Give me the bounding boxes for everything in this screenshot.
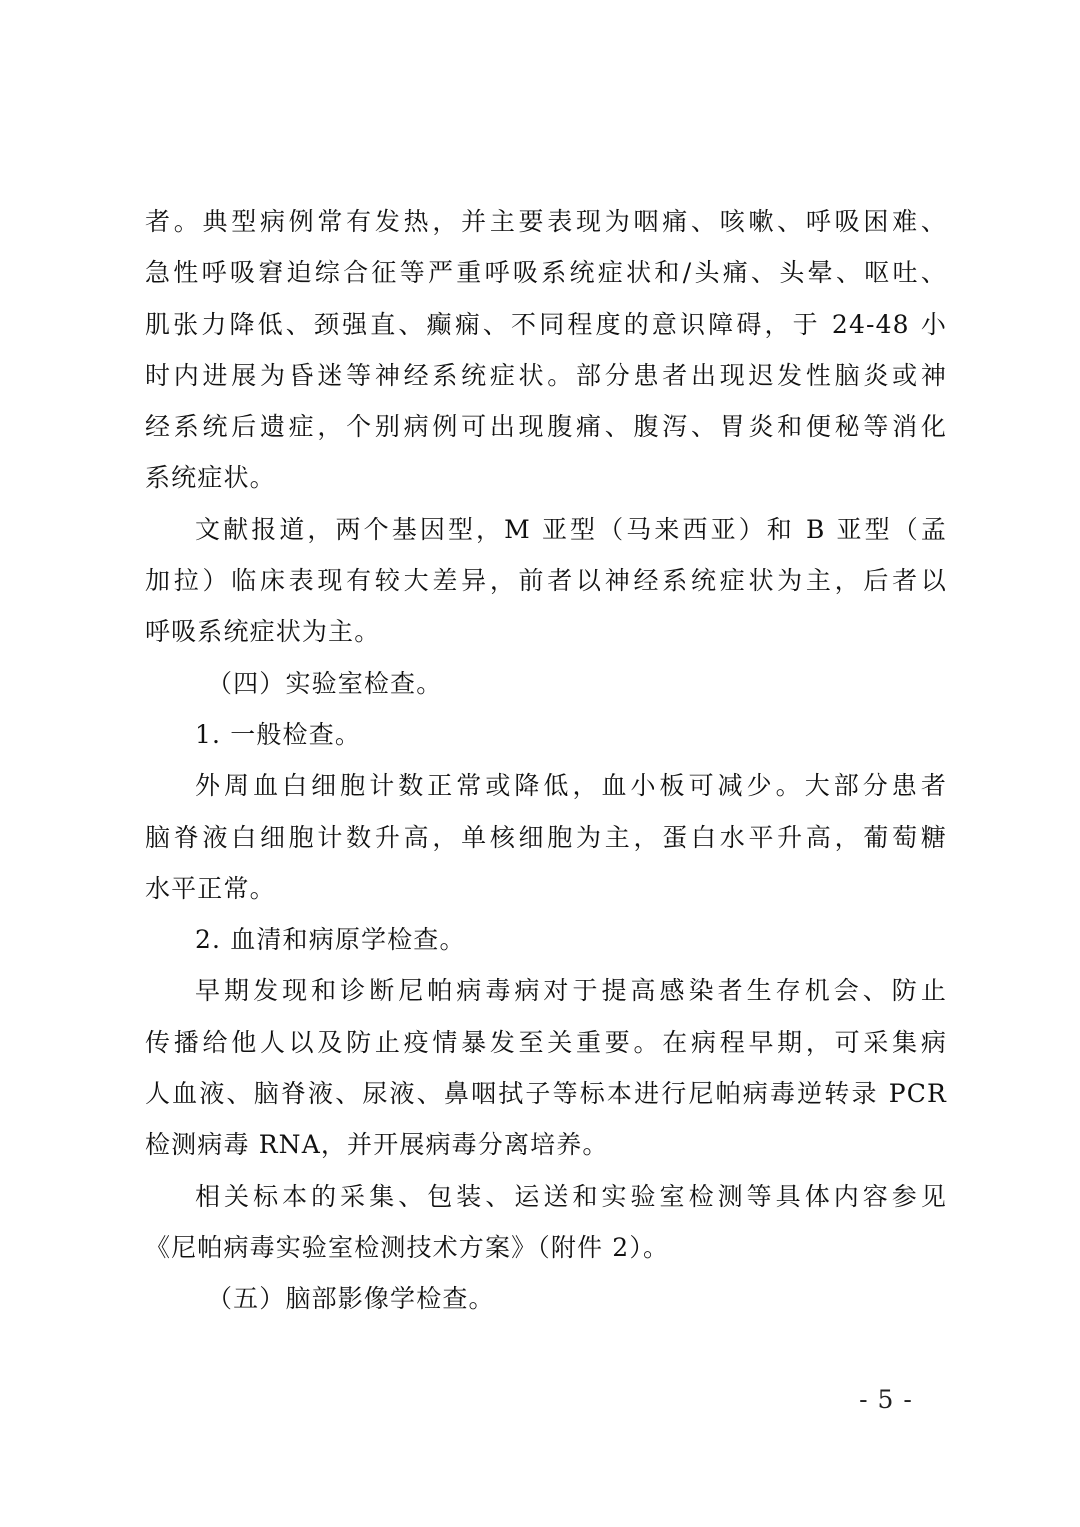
document-body: 者。典型病例常有发热，并主要表现为咽痛、咳嗽、呼吸困难、 急性呼吸窘迫综合征等严…	[145, 196, 947, 1325]
paragraph-line: 呼吸系统症状为主。	[145, 606, 947, 657]
paragraph-line: 者。典型病例常有发热，并主要表现为咽痛、咳嗽、呼吸困难、	[145, 196, 947, 247]
paragraph-line: 时内进展为昏迷等神经系统症状。部分患者出现迟发性脑炎或神	[145, 350, 947, 401]
paragraph-line: 传播给他人以及防止疫情暴发至关重要。在病程早期，可采集病	[145, 1017, 947, 1068]
paragraph-line: 水平正常。	[145, 863, 947, 914]
paragraph-line: 经系统后遗症，个别病例可出现腹痛、腹泻、胃炎和便秘等消化	[145, 401, 947, 452]
paragraph-line: 早期发现和诊断尼帕病毒病对于提高感染者生存机会、防止	[145, 965, 947, 1016]
section-heading: （四）实验室检查。	[145, 658, 947, 709]
subsection-heading: 1. 一般检查。	[145, 709, 947, 760]
paragraph-line: 急性呼吸窘迫综合征等严重呼吸系统症状和/头痛、头晕、呕吐、	[145, 247, 947, 298]
paragraph-line: 肌张力降低、颈强直、癫痫、不同程度的意识障碍，于 24-48 小	[145, 299, 947, 350]
paragraph-line: 检测病毒 RNA，并开展病毒分离培养。	[145, 1119, 947, 1170]
section-heading: （五）脑部影像学检查。	[145, 1273, 947, 1324]
paragraph-line: 文献报道，两个基因型，M 亚型（马来西亚）和 B 亚型（孟	[145, 504, 947, 555]
document-page: 者。典型病例常有发热，并主要表现为咽痛、咳嗽、呼吸困难、 急性呼吸窘迫综合征等严…	[0, 0, 1080, 1527]
paragraph-line: 脑脊液白细胞计数升高，单核细胞为主，蛋白水平升高，葡萄糖	[145, 812, 947, 863]
paragraph-line: 相关标本的采集、包装、运送和实验室检测等具体内容参见	[145, 1171, 947, 1222]
paragraph-line: 系统症状。	[145, 452, 947, 503]
subsection-heading: 2. 血清和病原学检查。	[145, 914, 947, 965]
paragraph-line: 外周血白细胞计数正常或降低，血小板可减少。大部分患者	[145, 760, 947, 811]
paragraph-line: 人血液、脑脊液、尿液、鼻咽拭子等标本进行尼帕病毒逆转录 PCR	[145, 1068, 947, 1119]
paragraph-line: 《尼帕病毒实验室检测技术方案》（附件 2）。	[145, 1222, 947, 1273]
page-number: - 5 -	[855, 1384, 917, 1416]
paragraph-line: 加拉）临床表现有较大差异，前者以神经系统症状为主，后者以	[145, 555, 947, 606]
